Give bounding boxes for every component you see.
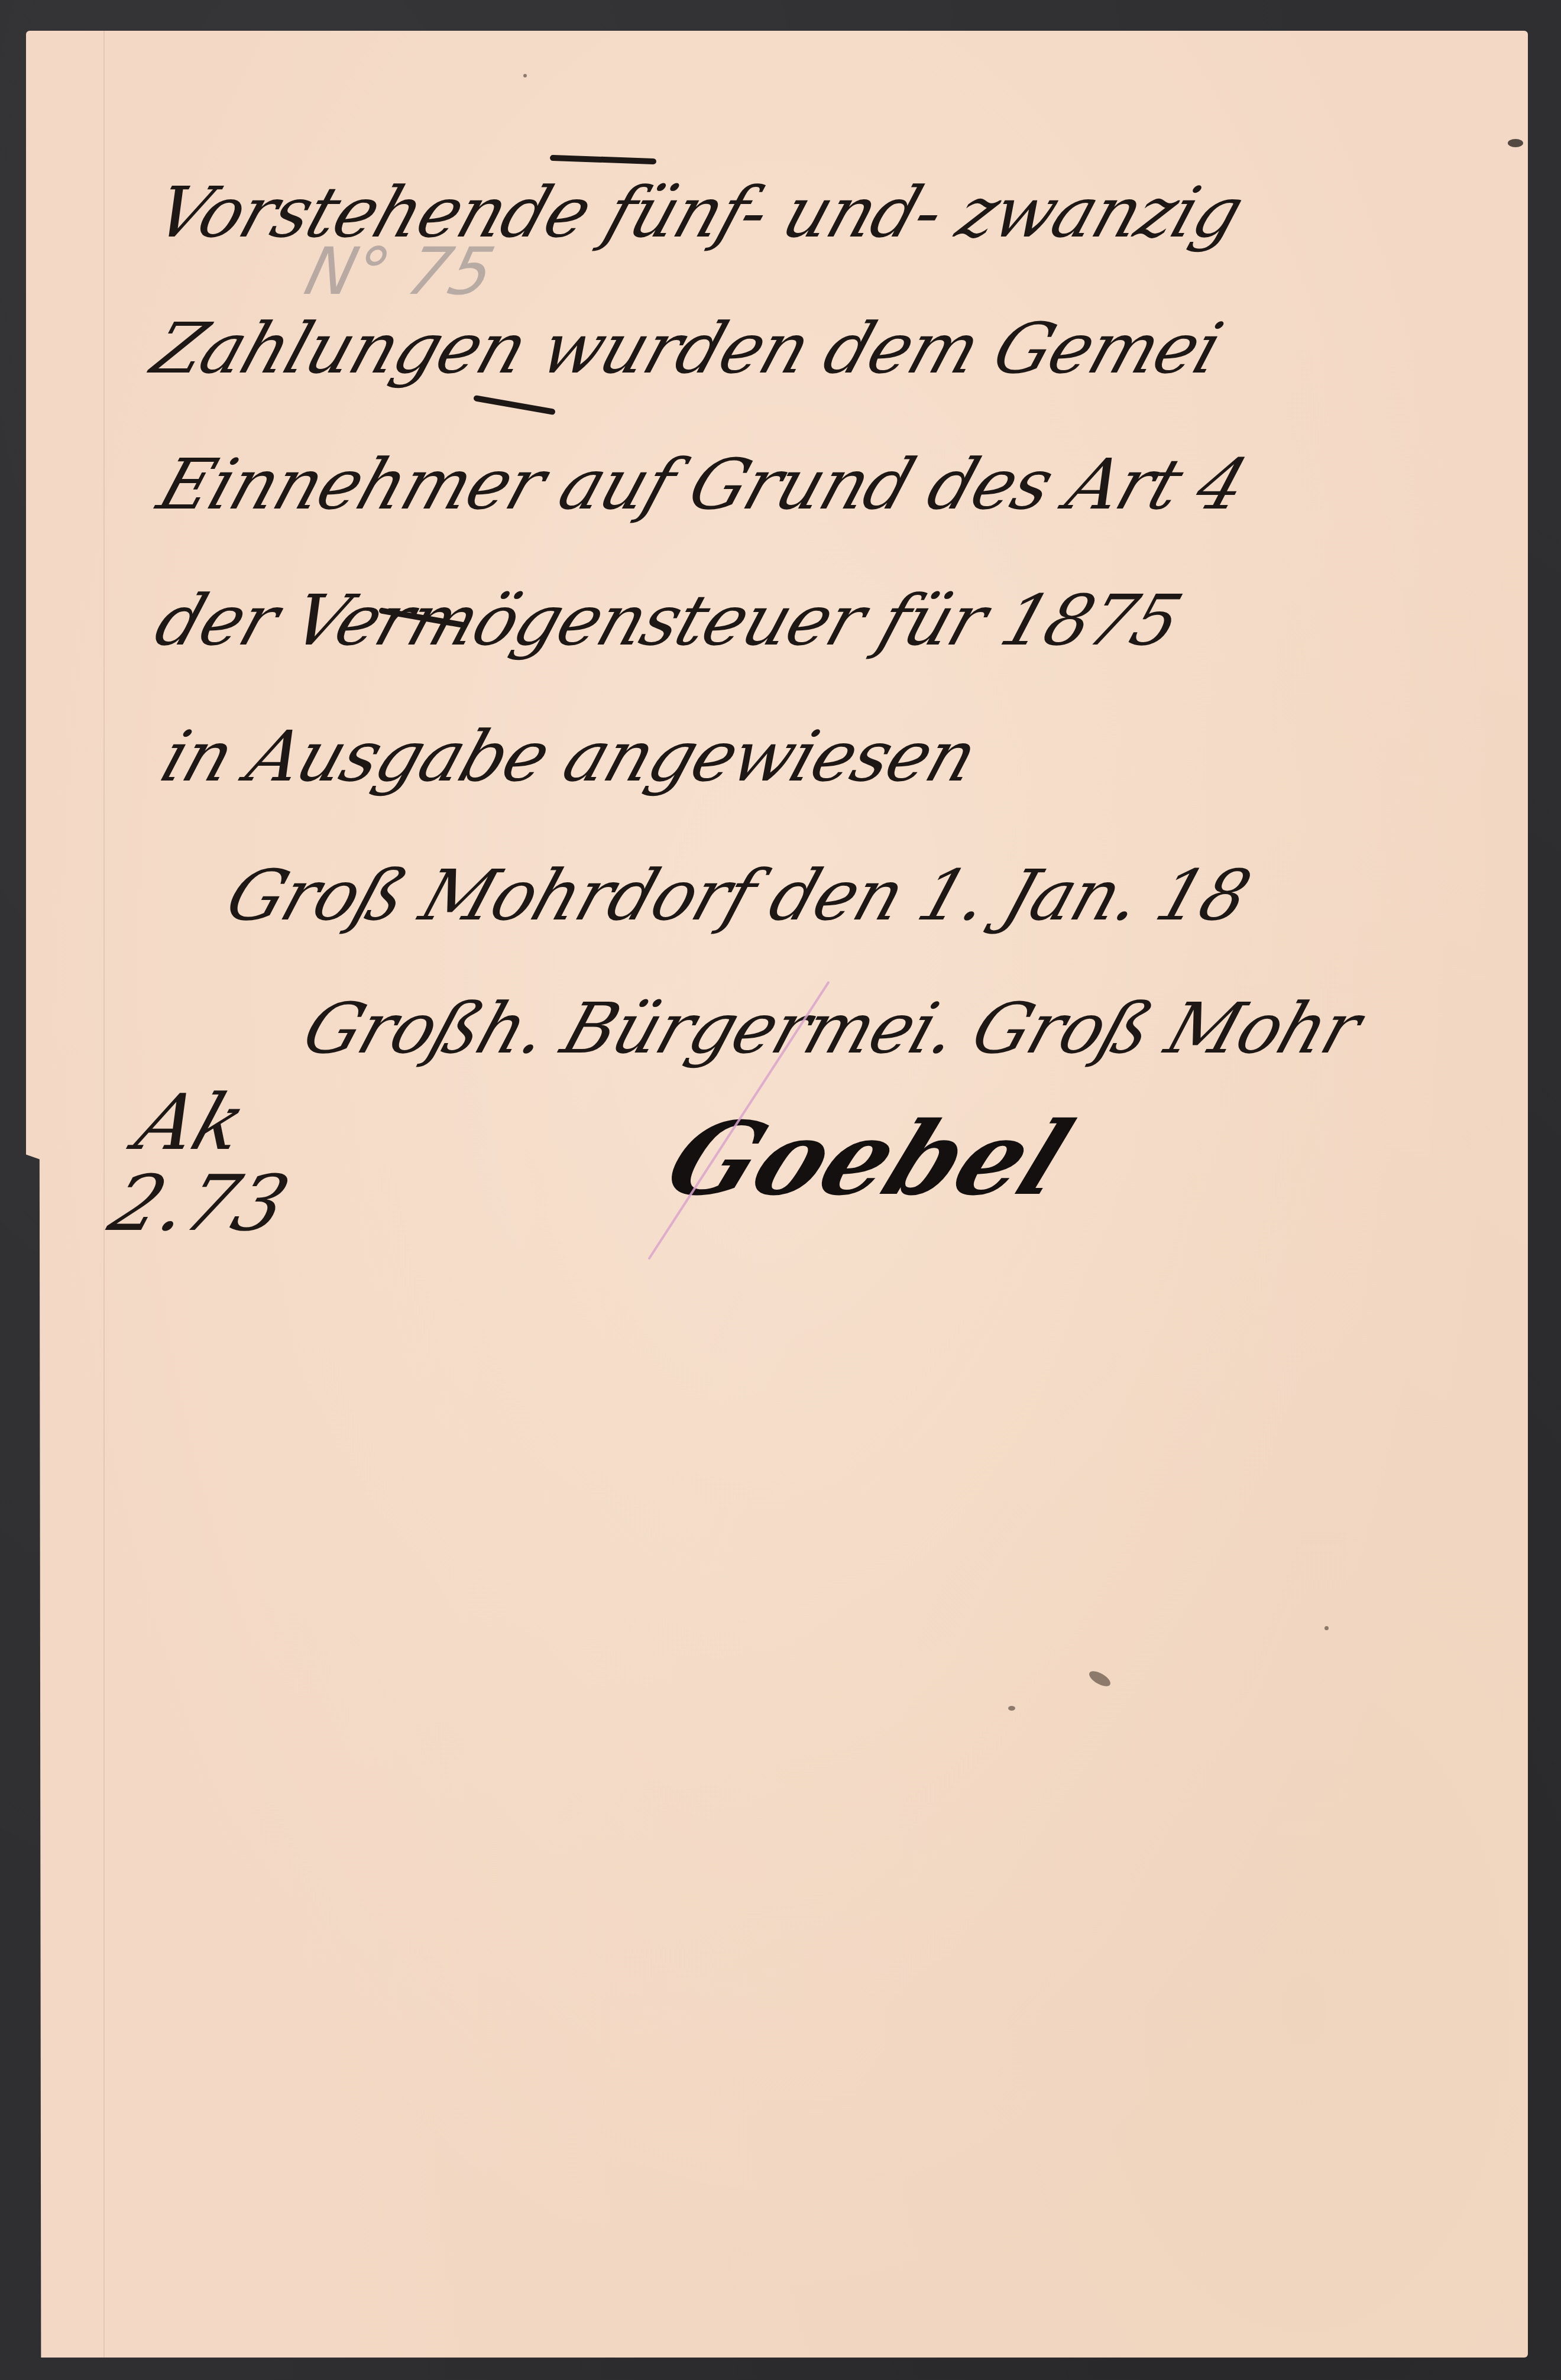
body-line-3: Einnehmer auf Grund des Art 4 xyxy=(151,449,1254,519)
body-line-1: Vorstehende fünf- und- zwanzig xyxy=(148,177,1251,247)
paper-stain xyxy=(1087,1668,1113,1689)
margin-note: Ak 2.73 xyxy=(101,1082,325,1244)
handwriting-layer: N° 75 Vorstehende fünf- und- zwanzig Zah… xyxy=(0,0,1561,2380)
ink-blot xyxy=(1508,139,1523,147)
body-line-4: der Vermögensteuer für 1875 xyxy=(148,585,1188,655)
abbreviation-stroke xyxy=(473,395,556,415)
paper-stain xyxy=(1008,1706,1015,1711)
office-line: Großh. Bürgermei. Groß Mohr xyxy=(296,993,1368,1063)
signature: Goebel xyxy=(650,1100,1087,1218)
paper-speck xyxy=(523,74,527,77)
paper-speck xyxy=(1324,1626,1329,1630)
body-line-2: Zahlungen wurden dem Gemei xyxy=(145,313,1229,383)
body-line-5: in Ausgabe angewiesen xyxy=(154,721,984,791)
place-date-line: Groß Mohrdorf den 1. Jan. 18 xyxy=(219,860,1258,930)
margin-note-line-2: 2.73 xyxy=(101,1163,299,1244)
margin-note-line-1: Ak xyxy=(127,1082,325,1163)
umlaut-stroke xyxy=(550,155,656,164)
